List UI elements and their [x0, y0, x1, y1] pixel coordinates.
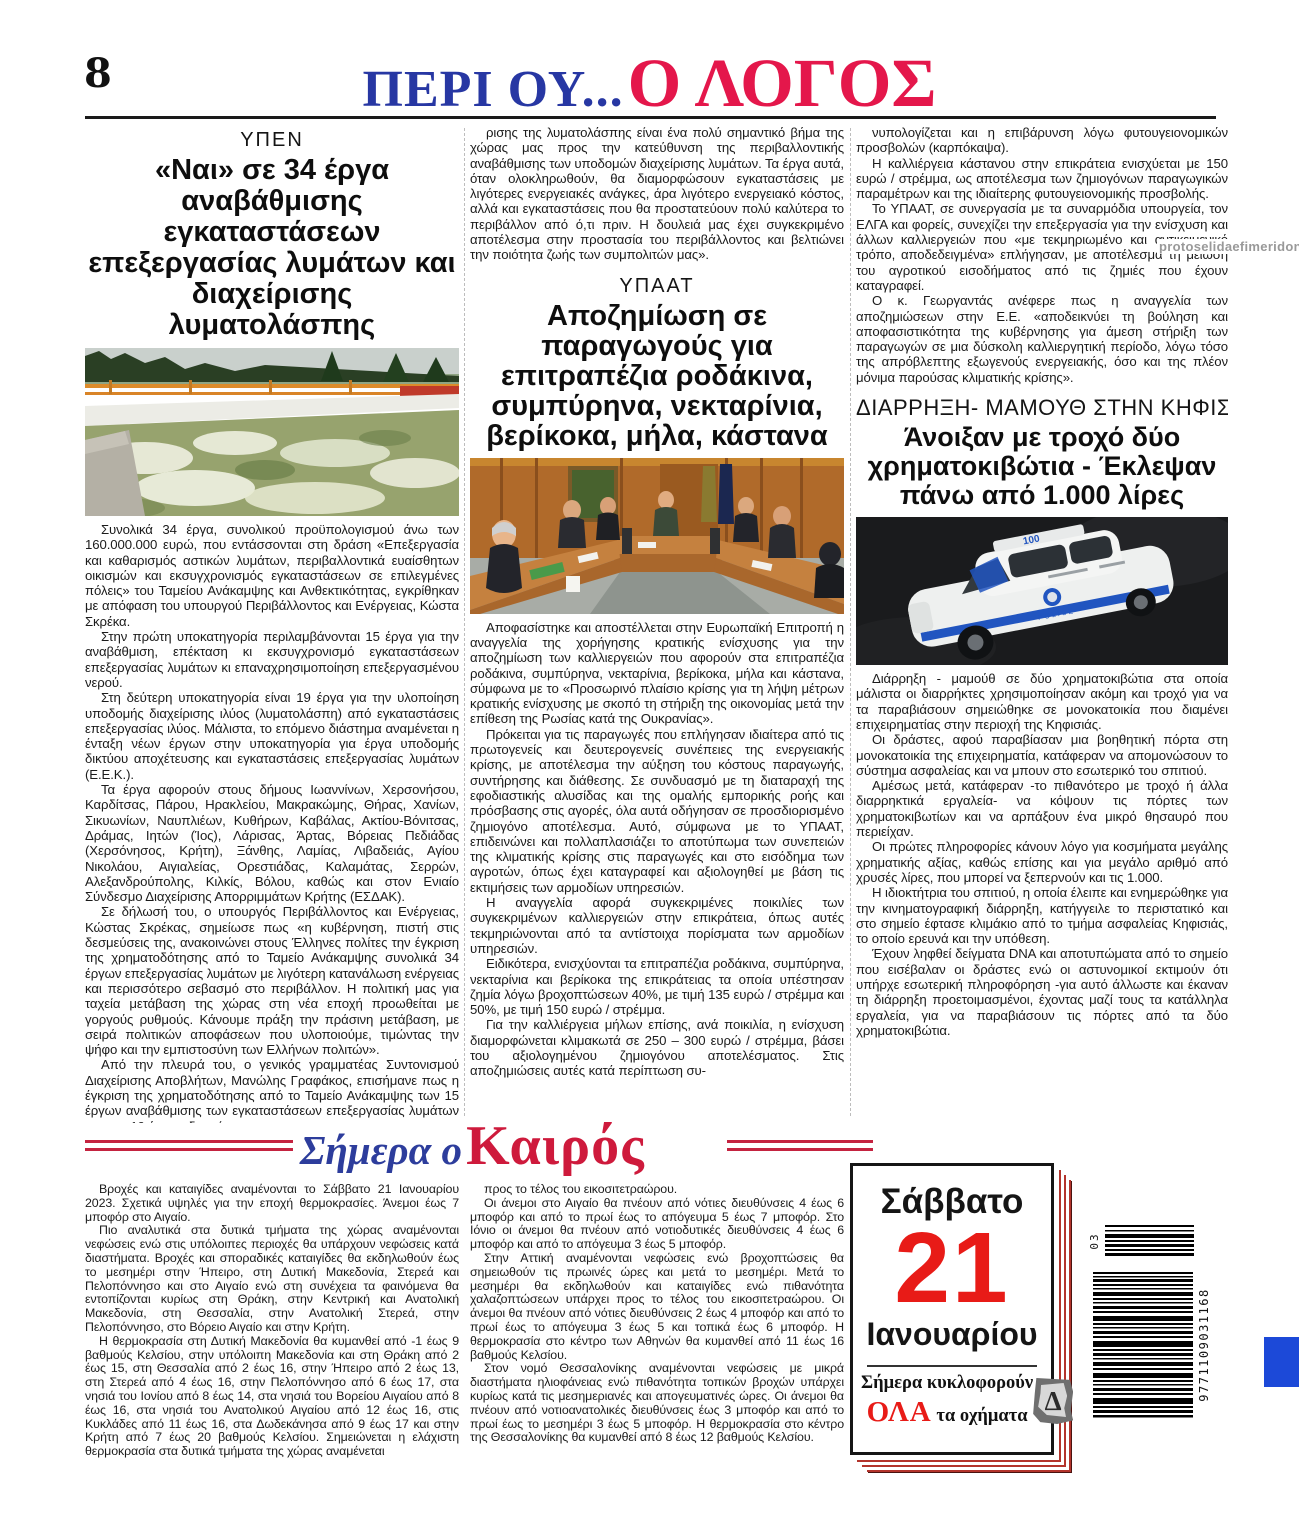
body-paragraph: νυπολογίζεται και η επιβάρυνση λόγω φυτο…	[856, 125, 1228, 156]
article1-body: Συνολικά 34 έργα, συνολικού προϋπολογισμ…	[85, 522, 459, 1123]
article1-kicker: ΥΠΕΝ	[85, 129, 459, 152]
body-paragraph: Αμέσως μετά, κατάφεραν -το πιθανότερο με…	[856, 778, 1228, 839]
weather-paragraph: Πιο αναλυτικά στα δυτικά τμήματα της χώρ…	[85, 1224, 459, 1334]
column-divider	[850, 128, 851, 1116]
barcode-main	[1093, 1272, 1193, 1418]
article2-continuation: νυπολογίζεται και η επιβάρυνση λόγω φυτο…	[856, 125, 1228, 385]
calendar-circulation-rest: τα οχήματα	[936, 1406, 1027, 1426]
body-paragraph: Σε δήλωσή του, ο υπουργός Περιβάλλοντος …	[85, 904, 459, 1057]
body-paragraph: Διάρρηξη - μαμούθ σε δύο χρηματοκιβώτια …	[856, 671, 1228, 732]
body-paragraph: Ειδικότερα, ενισχύονται τα επιτραπέζια ρ…	[470, 956, 844, 1017]
column-2: ρισης της λυματολάσπης είναι ένα πολύ ση…	[470, 125, 844, 1123]
masthead-section-title: ΠΕΡΙ ΟΥ...	[363, 61, 624, 118]
barcode-supplement	[1105, 1225, 1194, 1257]
body-paragraph: Τα έργα αφορούν στους δήμους Ιωαννίνων, …	[85, 782, 459, 904]
body-paragraph: Οι δράστες, αφού παραβίασαν μια βοηθητικ…	[856, 732, 1228, 778]
barcode-digits: 9771109031168	[1197, 1272, 1211, 1418]
page-edge-blue-mark	[1264, 1337, 1299, 1387]
body-paragraph: Αποφασίστηκε και αποστέλλεται στην Ευρωπ…	[470, 620, 844, 727]
article2-body: Αποφασίστηκε και αποστέλλεται στην Ευρωπ…	[470, 620, 844, 1079]
body-paragraph: Συνολικά 34 έργα, συνολικού προϋπολογισμ…	[85, 522, 459, 629]
column-divider	[464, 128, 465, 1116]
article2-kicker: ΥΠΑΑΤ	[470, 275, 844, 298]
weather-column-a: Βροχές και καταιγίδες αναμένονται το Σάβ…	[85, 1183, 459, 1513]
weather-title-prefix: Σήμερα ο	[300, 1127, 462, 1173]
barcode-supplement-digits: 03	[1088, 1225, 1101, 1257]
body-paragraph: Στην πρώτη υποκατηγορία περιλαμβάνονται …	[85, 629, 459, 690]
calendar-circulation-highlight: ΟΛΑ	[867, 1396, 932, 1428]
body-paragraph: Πρόκειται για τις παραγωγές που επλήγησα…	[470, 727, 844, 895]
article2-photo-meeting	[470, 458, 844, 614]
article1-continuation: ρισης της λυματολάσπης είναι ένα πολύ ση…	[470, 125, 844, 263]
body-paragraph: Ο κ. Γεωργαντάς ανέφερε πως η αναγγελία …	[856, 293, 1228, 385]
article2-headline: Αποζημίωση σε παραγωγούς για επιτραπέζια…	[470, 301, 844, 451]
article1-photo-treatment-plant	[85, 348, 459, 516]
body-paragraph: Η καλλιέργεια κάστανου στην επικράτεια ε…	[856, 156, 1228, 202]
column-1: ΥΠΕΝ «Ναι» σε 34 έργα αναβάθμισης εγκατα…	[85, 125, 459, 1123]
body-paragraph: Για την καλλιέργεια μήλων επίσης, ανά πο…	[470, 1017, 844, 1078]
weather-paragraph: Οι άνεμοι στο Αιγαίο θα πνέουν από νότιε…	[470, 1197, 844, 1252]
weather-paragraph: Βροχές και καταιγίδες αναμένονται το Σάβ…	[85, 1183, 459, 1224]
watermark: protoselidaefimeridon.gr	[1157, 239, 1299, 254]
body-paragraph: Οι πρώτες πληροφορίες κάνουν λόγο για κο…	[856, 839, 1228, 885]
weather-rule-left	[85, 1140, 293, 1151]
article3-photo-police-car: 100 POLICE	[856, 517, 1228, 665]
weather-title: Σήμερα ο Καιρός	[300, 1114, 645, 1178]
body-paragraph: ρισης της λυματολάσπης είναι ένα πολύ ση…	[470, 125, 844, 263]
masthead: ΠΕΡΙ ΟΥ... Ο ΛΟΓΟΣ	[0, 44, 1299, 123]
newspaper-page: { "colors":{ "masthead_blue":"#2737a3","…	[0, 0, 1299, 1537]
body-paragraph: Στη δεύτερη υποκατηγορία είναι 19 έργα γ…	[85, 690, 459, 782]
weather-title-word: Καιρός	[466, 1115, 645, 1177]
body-paragraph: Η αναγγελία αφορά συγκεκριμένες ποικιλίε…	[470, 895, 844, 956]
calendar-circulation-line2: ΟΛΑ τα οχήματα	[861, 1396, 1033, 1429]
weather-rule-right	[727, 1140, 873, 1151]
weather-paragraph: προς το τέλος του εικοσιτετραώρου.	[470, 1183, 844, 1197]
article3-headline: Άνοιξαν με τροχό δύο χρηματοκιβώτια - Έκ…	[856, 423, 1228, 510]
calendar-circulation-line1: Σήμερα κυκλοφορούν	[861, 1373, 1033, 1394]
article3-kicker: ΔΙΑΡΡΗΞΗ- ΜΑΜΟΥΘ ΣΤΗΝ ΚΗΦΙΣΙΑ	[856, 395, 1228, 421]
weather-column-b: προς το τέλος του εικοσιτετραώρου.Οι άνε…	[470, 1183, 844, 1513]
calendar: Σάββατο 21 Ιανουαρίου Σήμερα κυκλοφορούν…	[850, 1163, 1054, 1455]
article1-headline: «Ναι» σε 34 έργα αναβάθμισης εγκαταστάσε…	[85, 155, 459, 341]
weather-paragraph: Η θερμοκρασία στη Δυτική Μακεδονία θα κυ…	[85, 1335, 459, 1459]
delta-glyph: Δ	[1033, 1378, 1073, 1424]
body-paragraph: Η ιδιοκτήτρια του σπιτιού, η οποία έλειπ…	[856, 885, 1228, 946]
column-3: νυπολογίζεται και η επιβάρυνση λόγω φυτο…	[856, 125, 1228, 1123]
header-rule	[85, 116, 1216, 119]
body-paragraph: Έχουν ληφθεί δείγματα DNA και αποτυπώματ…	[856, 946, 1228, 1038]
masthead-newspaper-title: Ο ΛΟΓΟΣ	[628, 45, 937, 121]
article3-body: Διάρρηξη - μαμούθ σε δύο χρηματοκιβώτια …	[856, 671, 1228, 1038]
calendar-circulation: Σήμερα κυκλοφορούν ΟΛΑ τα οχήματα Δ	[853, 1367, 1051, 1429]
calendar-month: Ιανουαρίου	[866, 1316, 1037, 1353]
weather-paragraph: Στην Αττική αναμένονται νεφώσεις ενώ βρο…	[470, 1252, 844, 1362]
ring-restriction-icon: Δ	[1033, 1378, 1073, 1424]
weather-paragraph: Στον νομό Θεσσαλονίκης αναμένονται νεφώσ…	[470, 1362, 844, 1445]
calendar-date: 21	[894, 1222, 1009, 1314]
